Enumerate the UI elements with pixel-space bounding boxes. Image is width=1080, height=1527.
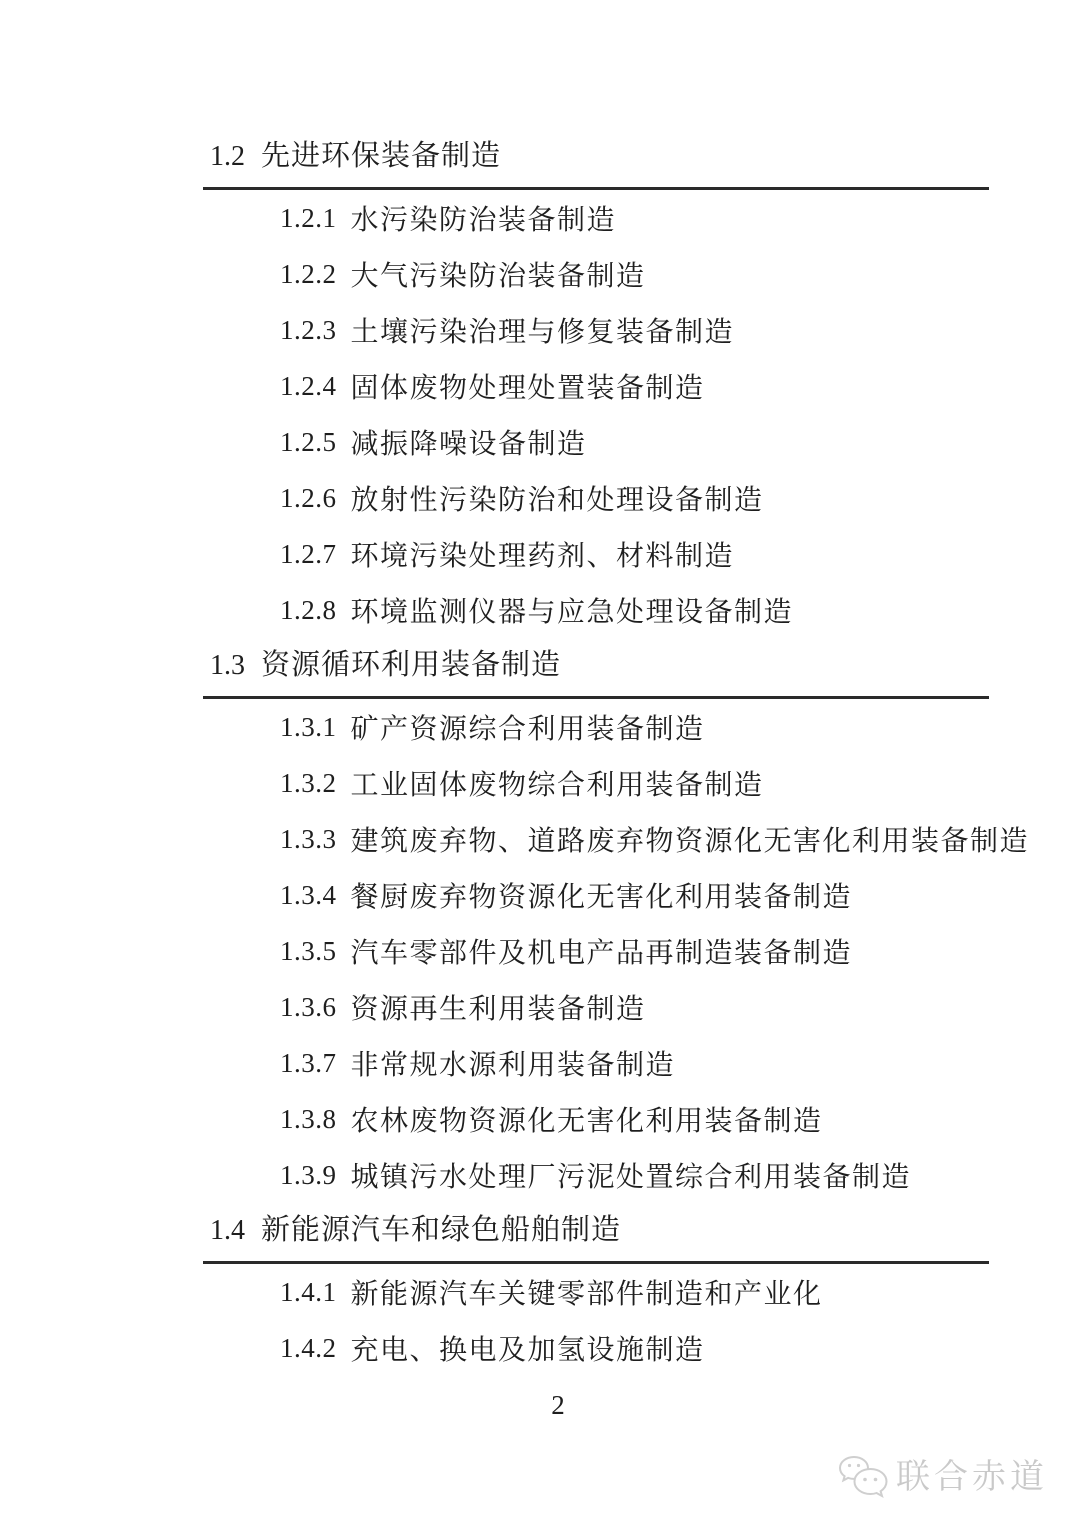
section-title: 先进环保装备制造 (261, 141, 501, 171)
item-label: 大气污染防治装备制造 (351, 254, 646, 294)
item-label: 建筑废弃物、道路废弃物资源化无害化利用装备制造 (351, 819, 1030, 859)
item-number: 1.4.1 (280, 1277, 337, 1308)
list-item: 1.2.3 土壤污染治理与修复装备制造 (203, 302, 989, 358)
list-item: 1.2.5 减振降噪设备制造 (203, 414, 989, 470)
watermark-label: 联合赤道 (896, 1460, 1048, 1494)
list-item: 1.4.2 充电、换电及加氢设施制造 (203, 1320, 989, 1376)
item-number: 1.2.7 (280, 539, 337, 570)
item-number: 1.3.6 (280, 992, 337, 1023)
section-number: 1.2 (210, 142, 245, 172)
item-label: 汽车零部件及机电产品再制造装备制造 (351, 931, 853, 971)
item-number: 1.2.2 (280, 259, 337, 290)
list-item: 1.2.1 水污染防治装备制造 (203, 190, 989, 246)
item-number: 1.3.9 (280, 1160, 337, 1191)
item-label: 农林废物资源化无害化利用装备制造 (351, 1099, 823, 1139)
item-label: 工业固体废物综合利用装备制造 (351, 763, 764, 803)
item-number: 1.2.1 (280, 203, 337, 234)
item-label: 餐厨废弃物资源化无害化利用装备制造 (351, 875, 853, 915)
item-label: 环境监测仪器与应急处理设备制造 (351, 590, 794, 630)
item-number: 1.3.4 (280, 880, 337, 911)
item-label: 充电、换电及加氢设施制造 (351, 1328, 705, 1368)
watermark: 联合赤道 (836, 1453, 1048, 1501)
list-item: 1.3.8 农林废物资源化无害化利用装备制造 (203, 1091, 989, 1147)
item-number: 1.2.4 (280, 371, 337, 402)
item-label: 非常规水源利用装备制造 (351, 1043, 676, 1083)
toc-section: 1.2 先进环保装备制造 1.2.1 水污染防治装备制造 1.2.2 大气污染防… (203, 141, 989, 638)
item-number: 1.3.7 (280, 1048, 337, 1079)
list-item: 1.3.6 资源再生利用装备制造 (203, 979, 989, 1035)
item-label: 资源再生利用装备制造 (351, 987, 646, 1027)
section-header: 1.4 新能源汽车和绿色船舶制造 (203, 1215, 989, 1246)
item-number: 1.3.1 (280, 712, 337, 743)
list-item: 1.2.7 环境污染处理药剂、材料制造 (203, 526, 989, 582)
item-number: 1.3.2 (280, 768, 337, 799)
document-content: 1.2 先进环保装备制造 1.2.1 水污染防治装备制造 1.2.2 大气污染防… (203, 141, 989, 1376)
item-number: 1.4.2 (280, 1333, 337, 1364)
section-number: 1.4 (210, 1216, 245, 1246)
list-item: 1.2.6 放射性污染防治和处理设备制造 (203, 470, 989, 526)
item-label: 固体废物处理处置装备制造 (351, 366, 705, 406)
section-items: 1.4.1 新能源汽车关键零部件制造和产业化 1.4.2 充电、换电及加氢设施制… (203, 1264, 989, 1376)
item-number: 1.3.3 (280, 824, 337, 855)
item-label: 土壤污染治理与修复装备制造 (351, 310, 735, 350)
item-label: 环境污染处理药剂、材料制造 (351, 534, 735, 574)
section-header: 1.2 先进环保装备制造 (203, 141, 989, 172)
page-number: 2 (551, 1390, 565, 1421)
list-item: 1.4.1 新能源汽车关键零部件制造和产业化 (203, 1264, 989, 1320)
list-item: 1.3.3 建筑废弃物、道路废弃物资源化无害化利用装备制造 (203, 811, 989, 867)
list-item: 1.3.7 非常规水源利用装备制造 (203, 1035, 989, 1091)
item-label: 新能源汽车关键零部件制造和产业化 (351, 1272, 823, 1312)
wechat-chat-bubbles-icon (836, 1453, 890, 1501)
item-number: 1.3.5 (280, 936, 337, 967)
section-items: 1.2.1 水污染防治装备制造 1.2.2 大气污染防治装备制造 1.2.3 土… (203, 190, 989, 638)
list-item: 1.3.9 城镇污水处理厂污泥处置综合利用装备制造 (203, 1147, 989, 1203)
page-footer: 2 (0, 1390, 1080, 1421)
section-number: 1.3 (210, 651, 245, 681)
item-number: 1.2.8 (280, 595, 337, 626)
section-title: 新能源汽车和绿色船舶制造 (261, 1215, 621, 1245)
document-page: 1.2 先进环保装备制造 1.2.1 水污染防治装备制造 1.2.2 大气污染防… (0, 0, 1080, 1527)
section-header: 1.3 资源循环利用装备制造 (203, 650, 989, 681)
list-item: 1.2.4 固体废物处理处置装备制造 (203, 358, 989, 414)
list-item: 1.3.1 矿产资源综合利用装备制造 (203, 699, 989, 755)
section-title: 资源循环利用装备制造 (261, 650, 561, 680)
item-label: 水污染防治装备制造 (351, 198, 617, 238)
item-label: 减振降噪设备制造 (351, 422, 587, 462)
item-number: 1.3.8 (280, 1104, 337, 1135)
item-label: 矿产资源综合利用装备制造 (351, 707, 705, 747)
item-label: 城镇污水处理厂污泥处置综合利用装备制造 (351, 1155, 912, 1195)
item-number: 1.2.6 (280, 483, 337, 514)
list-item: 1.3.2 工业固体废物综合利用装备制造 (203, 755, 989, 811)
list-item: 1.3.5 汽车零部件及机电产品再制造装备制造 (203, 923, 989, 979)
section-items: 1.3.1 矿产资源综合利用装备制造 1.3.2 工业固体废物综合利用装备制造 … (203, 699, 989, 1203)
toc-section: 1.3 资源循环利用装备制造 1.3.1 矿产资源综合利用装备制造 1.3.2 … (203, 650, 989, 1203)
item-number: 1.2.5 (280, 427, 337, 458)
list-item: 1.3.4 餐厨废弃物资源化无害化利用装备制造 (203, 867, 989, 923)
list-item: 1.2.2 大气污染防治装备制造 (203, 246, 989, 302)
list-item: 1.2.8 环境监测仪器与应急处理设备制造 (203, 582, 989, 638)
item-label: 放射性污染防治和处理设备制造 (351, 478, 764, 518)
toc-section: 1.4 新能源汽车和绿色船舶制造 1.4.1 新能源汽车关键零部件制造和产业化 … (203, 1215, 989, 1376)
item-number: 1.2.3 (280, 315, 337, 346)
